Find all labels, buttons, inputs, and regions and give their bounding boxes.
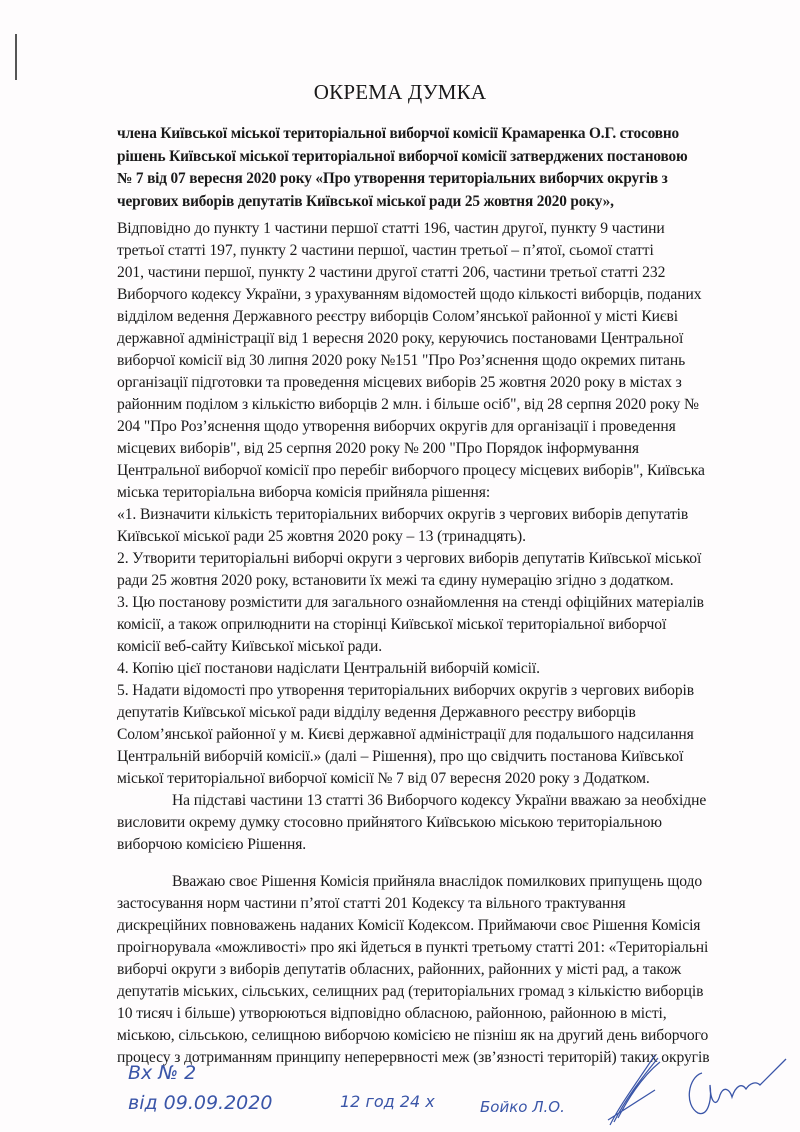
text-line: 2. Утворити територіальні виборчі округи… xyxy=(117,548,757,570)
text-line: 10 тисяч і більше) утворюються відповідн… xyxy=(117,1003,757,1025)
text-line: міська територіальна виборча комісія при… xyxy=(117,482,757,504)
text-line: 4. Копію цієї постанови надіслати Центра… xyxy=(117,658,757,680)
incoming-number: Вх № 2 xyxy=(128,1062,196,1084)
receiver-signature-icon xyxy=(600,1050,670,1130)
text-line: ради 25 жовтня 2020 року, встановити їх … xyxy=(117,570,757,592)
text-line: депутатів міських, сільських, селищних р… xyxy=(117,981,757,1003)
text-line: Вважаю своє Рішення Комісія прийняла вна… xyxy=(117,871,757,893)
text-line: Відповідно до пункту 1 частини першої ст… xyxy=(117,218,757,240)
text-line: «1. Визначити кількість територіальних в… xyxy=(117,504,757,526)
text-line: місцевих виборів", від 25 серпня 2020 ро… xyxy=(117,438,757,460)
text-line: відділом ведення Державного реєстру вибо… xyxy=(117,306,757,328)
text-line: Виборчого кодексу України, з урахуванням… xyxy=(117,284,757,306)
subtitle-line: чергових виборів депутатів Київської міс… xyxy=(117,191,747,214)
subtitle-line: члена Київської міської територіальної в… xyxy=(117,123,747,146)
document-title: ОКРЕМА ДУМКА xyxy=(0,80,800,105)
text-line: Київської міської ради 25 жовтня 2020 ро… xyxy=(117,526,757,548)
text-line: виборчі округи з виборів депутатів облас… xyxy=(117,959,757,981)
incoming-time: 12 год 24 х xyxy=(340,1092,435,1111)
text-line: районним поділом з кількістю виборців 2 … xyxy=(117,394,757,416)
staple-mark xyxy=(15,34,17,80)
receiver-name: Бойко Л.О. xyxy=(480,1098,565,1116)
subtitle-line: рішень Київської міської територіальної … xyxy=(117,146,747,169)
text-line: 201, частини першої, пункту 2 частини др… xyxy=(117,262,757,284)
text-line: Центральній виборчій комісії.» (далі – Р… xyxy=(117,746,757,768)
text-line: комісії веб-сайту Київської міської ради… xyxy=(117,636,757,658)
text-line: державної адміністрації від 1 вересня 20… xyxy=(117,328,757,350)
text-line: виборчою комісією Рішення. xyxy=(117,834,757,856)
text-line: виборчої комісії від 30 липня 2020 року … xyxy=(117,350,757,372)
paragraph-gap xyxy=(117,856,757,871)
text-line: застосування норм частини п’ятої статті … xyxy=(117,893,757,915)
text-line: третьої статті 197, пункту 2 частини пер… xyxy=(117,240,757,262)
paragraph-opinion-basis: На підставі частини 13 статті 36 Виборчо… xyxy=(117,790,757,856)
subtitle-line: № 7 від 07 вересня 2020 року «Про утворе… xyxy=(117,168,747,191)
text-line: міською, сільською, селищною виборчою ко… xyxy=(117,1025,757,1047)
paragraph-decision: Відповідно до пункту 1 частини першої ст… xyxy=(117,218,757,790)
text-line: депутатів Київської міської ради відділу… xyxy=(117,702,757,724)
text-line: Солом’янської районної у м. Києві держав… xyxy=(117,724,757,746)
incoming-date: від 09.09.2020 xyxy=(128,1092,272,1114)
text-line: Центральної виборчої комісії про перебіг… xyxy=(117,460,757,482)
text-line: міської територіальної виборчої комісії … xyxy=(117,768,757,790)
text-line: 5. Надати відомості про утворення терито… xyxy=(117,680,757,702)
paragraph-argument: Вважаю своє Рішення Комісія прийняла вна… xyxy=(117,871,757,1069)
text-line: комісії, а також оприлюднити на сторінці… xyxy=(117,614,757,636)
text-line: висловити окрему думку стосовно прийнято… xyxy=(117,812,757,834)
text-line: організації підготовки та проведення міс… xyxy=(117,372,757,394)
document-subtitle: члена Київської міської територіальної в… xyxy=(117,123,747,213)
document-body: Відповідно до пункту 1 частини першої ст… xyxy=(117,218,757,1069)
text-line: проігнорувала «можливості» про які йдеть… xyxy=(117,937,757,959)
text-line: На підставі частини 13 статті 36 Виборчо… xyxy=(117,790,757,812)
author-signature-icon xyxy=(680,1055,790,1125)
text-line: 204 "Про Роз’яснення щодо утворення вибо… xyxy=(117,416,757,438)
text-line: 3. Цю постанову розмістити для загальног… xyxy=(117,592,757,614)
text-line: дискреційних повноважень наданих Комісії… xyxy=(117,915,757,937)
